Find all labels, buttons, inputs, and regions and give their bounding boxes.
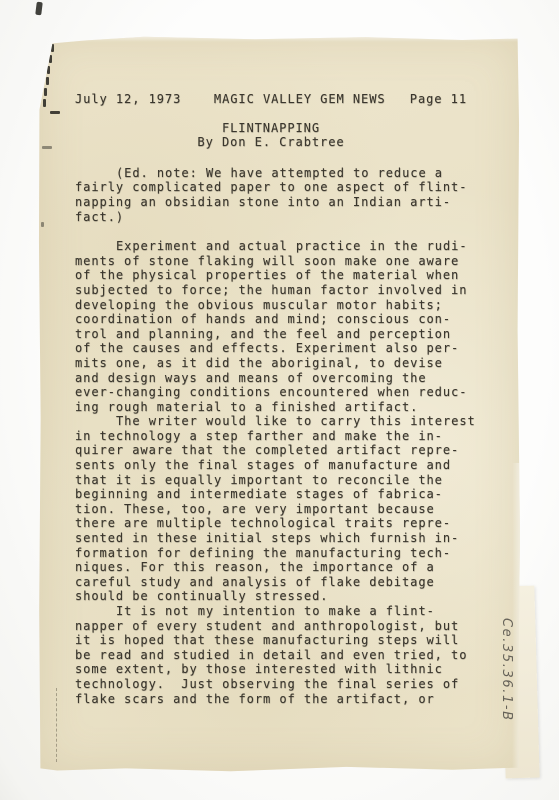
editors-note: (Ed. note: We have attempted to reduce a…: [75, 166, 467, 224]
binding-dash: [41, 222, 44, 227]
paragraph-3: It is not my intention to make a flint- …: [75, 604, 467, 706]
article-byline: By Don E. Crabtree: [75, 135, 467, 150]
header-publication: MAGIC VALLEY GEM NEWS: [214, 92, 410, 107]
header-date: July 12, 1973: [75, 92, 214, 107]
typewritten-content: July 12, 1973 MAGIC VALLEY GEM NEWS Page…: [75, 92, 467, 706]
header-page-number: Page 11: [410, 92, 467, 107]
paragraph-1: Experiment and actual practice in the ru…: [75, 239, 467, 414]
article-title: FLINTNAPPING: [75, 121, 467, 136]
photo-background: July 12, 1973 MAGIC VALLEY GEM NEWS Page…: [0, 0, 559, 800]
page-header: July 12, 1973 MAGIC VALLEY GEM NEWS Page…: [75, 92, 467, 107]
binding-dash: [49, 55, 52, 63]
binding-dash: [43, 99, 46, 107]
binding-dash: [46, 77, 49, 85]
binding-dash: [44, 88, 47, 96]
binding-dash: [42, 146, 52, 149]
paragraph-2: The writer would like to carry this inte…: [75, 414, 467, 604]
binding-dash: [47, 66, 50, 74]
binding-dash: [50, 111, 60, 114]
fold-crease-line: [56, 688, 57, 762]
document-page: July 12, 1973 MAGIC VALLEY GEM NEWS Page…: [38, 36, 520, 772]
backdrop-ink-speck: [35, 2, 43, 16]
binding-dash: [51, 44, 54, 52]
catalog-annotation: Ce.35.36.1-B: [499, 618, 514, 722]
